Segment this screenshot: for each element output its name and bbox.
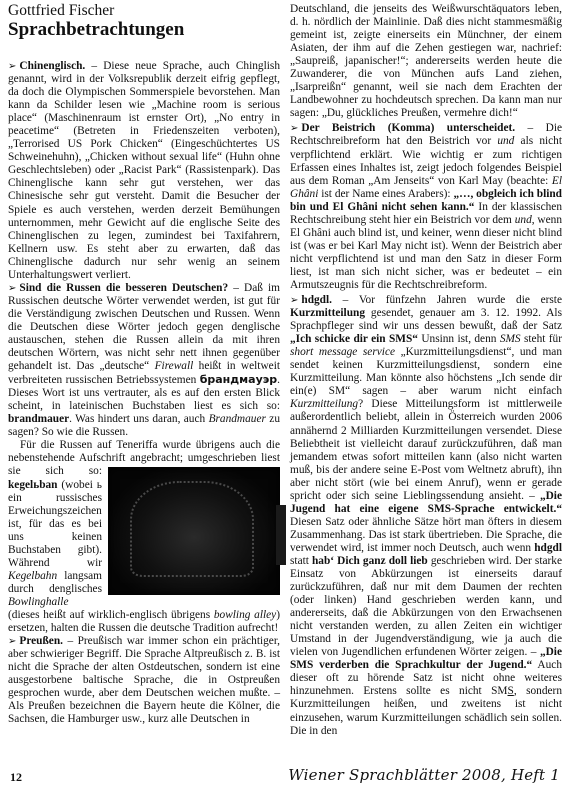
term-cyrillic: брандмауэр	[200, 373, 277, 386]
figure-paragraph: Für die Russen auf Teneriffa wurde übrig…	[8, 439, 280, 635]
right-column: Deutschland, die jenseits des Weißwursch…	[290, 3, 562, 738]
term-bowlinghalle: Bowlinghalle	[8, 596, 69, 608]
section-text: Diesen Satz oder ähnliche Sätze hört man…	[290, 516, 562, 554]
section-heading: Preußen.	[19, 635, 63, 647]
arrow-bullet-icon: ➢	[8, 283, 16, 294]
section-hdgdl: ➢hdgdl. – Vor fünfzehn Jahren wurde die …	[290, 294, 562, 738]
term-kegelban: kegelьban	[8, 479, 58, 491]
sign-photo	[108, 467, 280, 595]
arrow-bullet-icon: ➢	[8, 636, 16, 647]
author-name: Gottfried Fischer	[8, 2, 278, 19]
term-und: und	[497, 135, 514, 147]
term-brandmauer-italic: Brandmauer	[209, 413, 266, 425]
section-beistrich: ➢Der Beistrich (Komma) unterscheidet. – …	[290, 122, 562, 292]
section-heading: Chinenglisch.	[19, 60, 85, 72]
section-russen: ➢Sind die Russen die besseren Deutschen?…	[8, 282, 280, 440]
journal-name: Wiener Sprachblätter 2008, Heft 1	[288, 766, 560, 784]
term-firewall: Firewall	[155, 360, 194, 372]
term-brandmauer: brandmauer	[8, 413, 69, 425]
section-heading: hdgdl.	[301, 294, 332, 306]
arrow-bullet-icon: ➢	[8, 61, 16, 72]
section-text: – Diese neue Sprache, auch Chinglish gen…	[8, 60, 280, 281]
term-kurzmitteilung: Kurzmitteilung	[290, 307, 365, 319]
term-kurzmitteilung-italic: Kurzmitteilung	[290, 398, 358, 410]
section-text: steht für	[521, 333, 562, 345]
section-text: (wobei ь ein russisches Erweichungszeich…	[8, 479, 102, 569]
section-russen-para2: Für die Russen auf Teneriffa wurde übrig…	[8, 439, 280, 635]
section-text: ist der Name eines Arabers):	[318, 188, 453, 200]
left-column: ➢Chinenglisch. – Diese neue Sprache, auc…	[8, 60, 280, 726]
section-text: (dieses heißt auf wirklich-englisch übri…	[8, 609, 214, 621]
term-und: und	[515, 214, 532, 226]
term-sms-full: short message service	[290, 346, 395, 358]
section-text: Deutschland, die jenseits des Weißwursch…	[290, 3, 562, 119]
section-text: Unsinn ist, denn	[418, 333, 500, 345]
section-text: – Preußisch war immer schon ein prächtig…	[8, 635, 280, 725]
term-hab-dich: hab‘ Dich ganz doll lieb	[312, 555, 428, 567]
term-hdgdl: hdgdl	[534, 542, 562, 554]
article-header: Gottfried Fischer Sprachbetrachtungen	[8, 2, 278, 41]
section-chinenglisch: ➢Chinenglisch. – Diese neue Sprache, auc…	[8, 60, 280, 282]
term-sms: SMS	[500, 333, 521, 345]
arrow-bullet-icon: ➢	[290, 123, 298, 134]
section-text: – Vor fünfzehn Jahren wurde die erste	[332, 294, 562, 306]
quote-ich-schicke: „Ich schicke dir ein SMS“	[290, 333, 418, 345]
section-text: ? Diese Mitteilungsform ist mittlerweile…	[290, 398, 562, 501]
section-text: geschrieben wird. Der starke Einsatz von…	[290, 555, 562, 658]
section-preussen-continued: Deutschland, die jenseits des Weißwursch…	[290, 3, 562, 120]
section-heading: Der Beistrich (Komma) unterscheidet.	[301, 122, 515, 134]
article-title: Sprachbetrachtungen	[8, 19, 278, 41]
page-number: 12	[10, 770, 22, 785]
section-heading: Sind die Russen die besseren Deutschen?	[19, 282, 228, 294]
section-preussen: ➢Preußen. – Preußisch war immer schon ei…	[8, 635, 280, 726]
section-text: statt	[290, 555, 312, 567]
arrow-bullet-icon: ➢	[290, 295, 298, 306]
term-kegelbahn: Kegelbahn	[8, 570, 57, 582]
section-text: – Daß im Russischen deutsche Wörter verw…	[8, 282, 280, 372]
section-text: . Was hindert uns daran, auch	[69, 413, 208, 425]
term-bowling-alley: bowling alley	[214, 609, 276, 621]
